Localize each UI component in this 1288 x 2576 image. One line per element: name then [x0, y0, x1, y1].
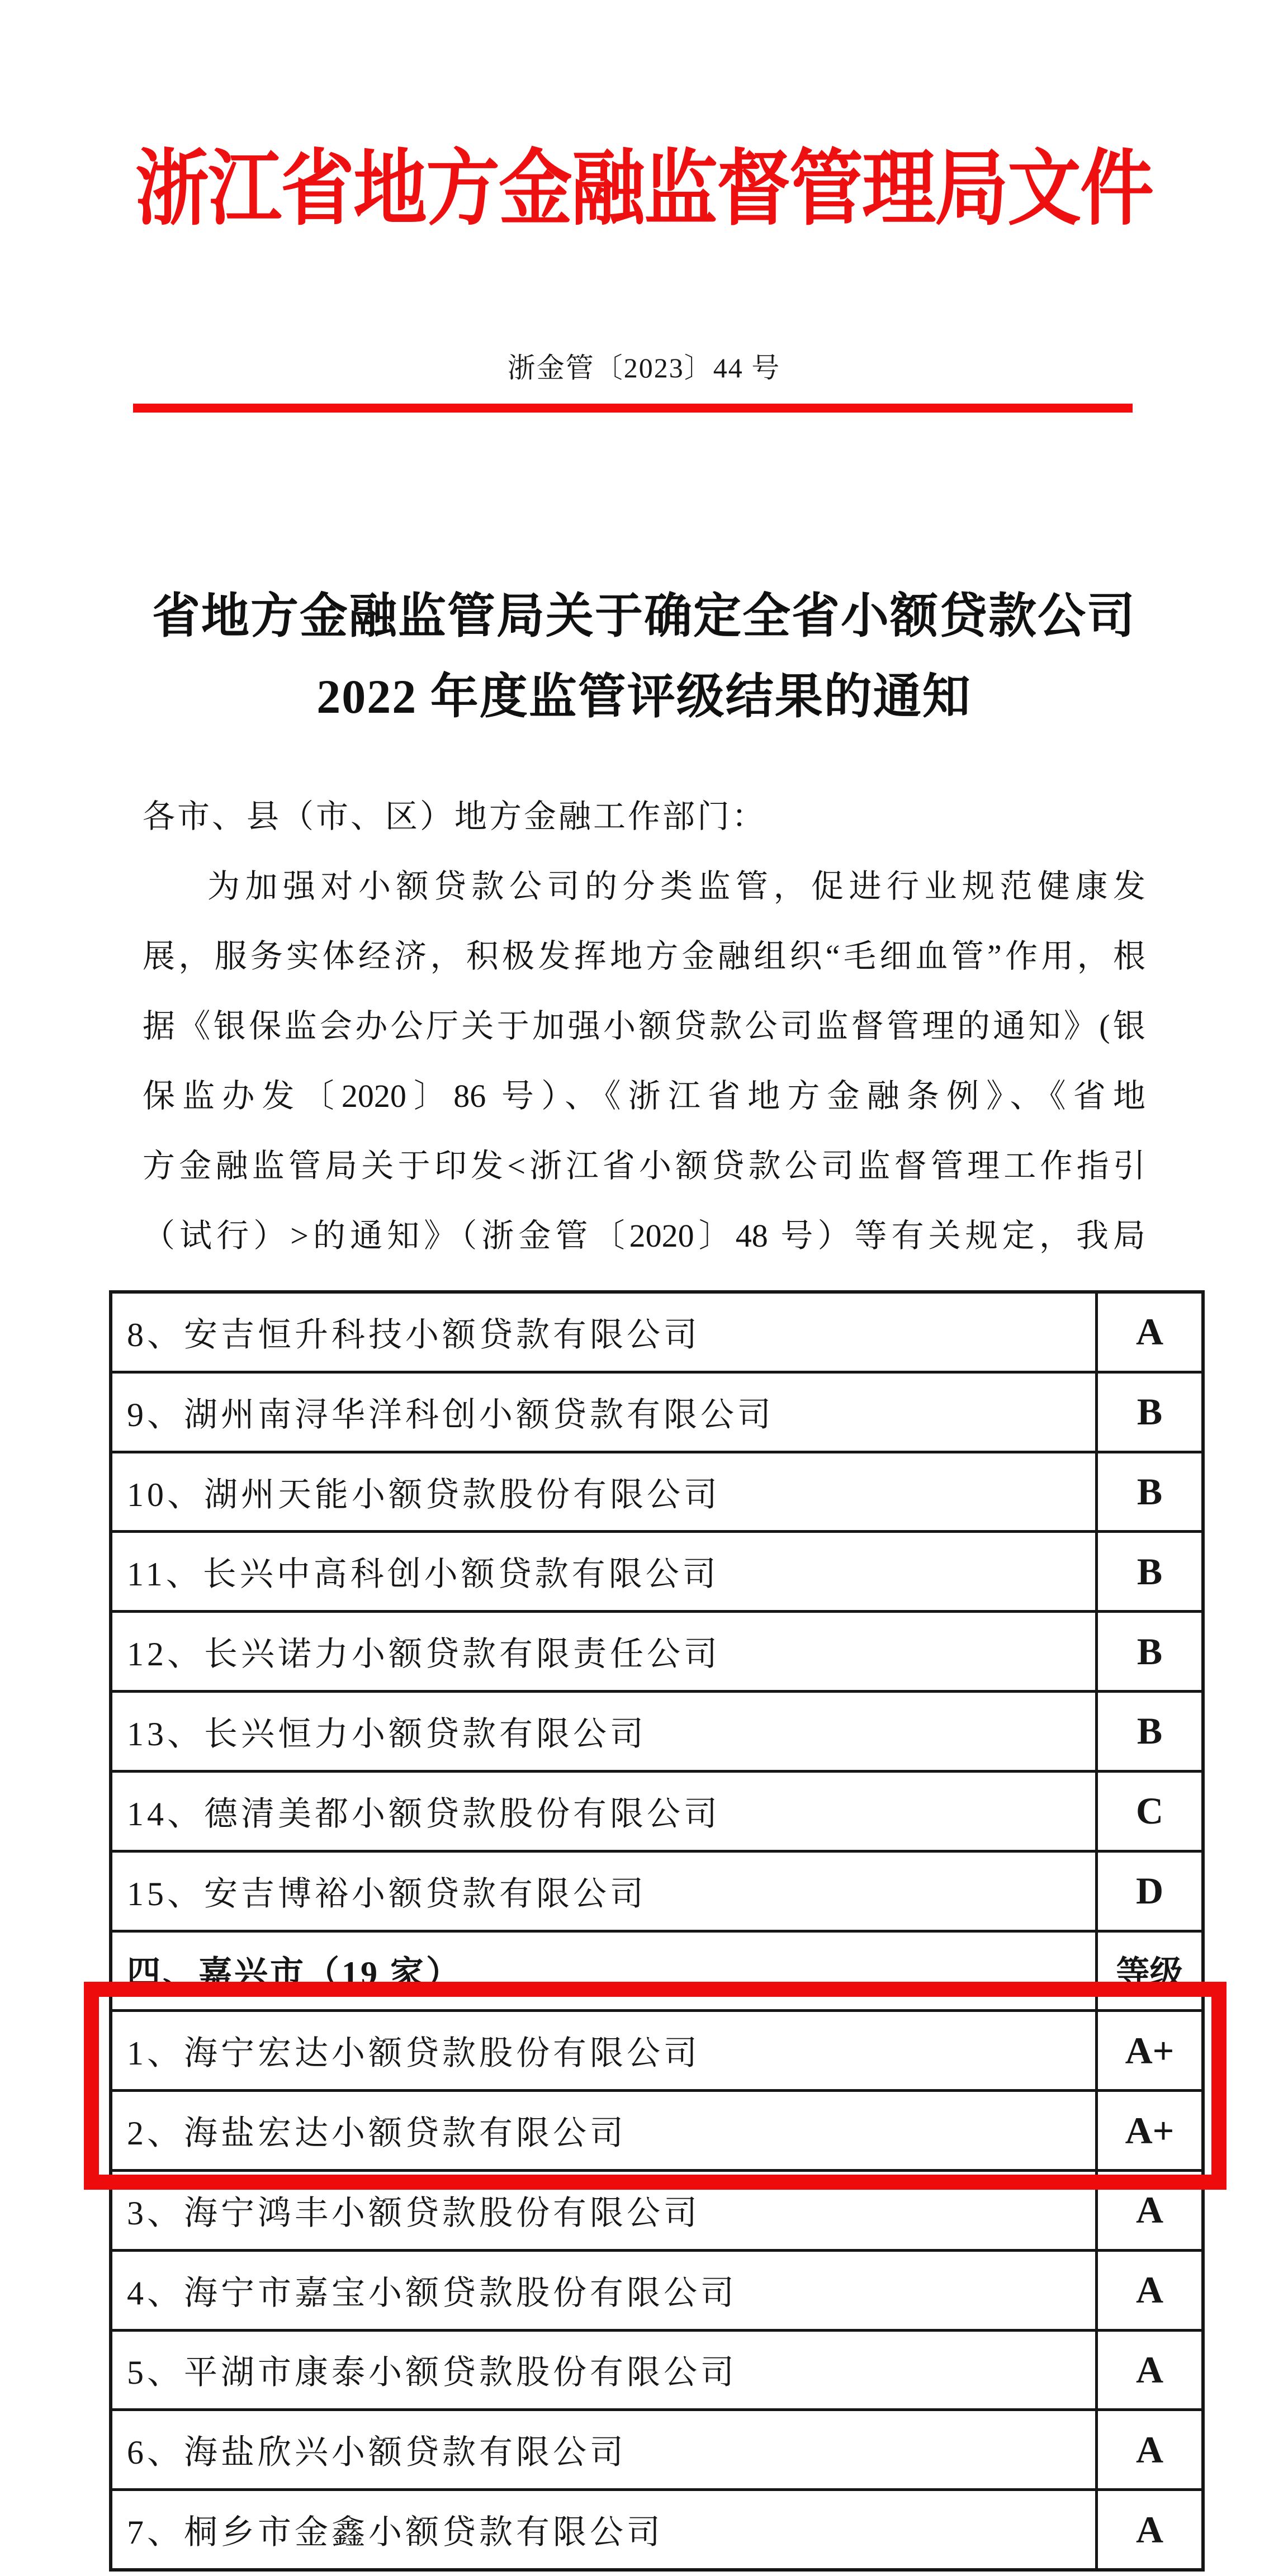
company-name-cell: 8、安吉恒升科技小额贷款有限公司 — [112, 1294, 1095, 1371]
grade-cell: A — [1095, 2332, 1201, 2409]
salutation-line: 各市、县（市、区）地方金融工作部门： — [143, 782, 1145, 851]
grade-cell: B — [1095, 1613, 1201, 1690]
company-name-cell: 1、海宁宏达小额贷款股份有限公司 — [112, 2012, 1095, 2089]
table-row: 4、海宁市嘉宝小额贷款股份有限公司 A — [112, 2252, 1201, 2332]
company-name-cell: 12、长兴诺力小额贷款有限责任公司 — [112, 1613, 1095, 1690]
company-name-cell: 6、海盐欣兴小额贷款有限公司 — [112, 2411, 1095, 2488]
table-row: 15、安吉博裕小额贷款有限公司 D — [112, 1853, 1201, 1933]
table-row: 11、长兴中高科创小额贷款有限公司 B — [112, 1533, 1201, 1613]
document-number: 浙金管〔2023〕44 号 — [0, 345, 1288, 386]
grade-cell: B — [1095, 1453, 1201, 1531]
body-line: 据《银保监会办公厅关于加强小额贷款公司监督管理的通知》(银 — [143, 991, 1145, 1061]
company-name-cell: 11、长兴中高科创小额贷款有限公司 — [112, 1533, 1095, 1610]
table-row: 9、湖州南浔华洋科创小额贷款有限公司 B — [112, 1374, 1201, 1453]
body-line: 保监办发〔2020〕86 号）、《浙江省地方金融条例》、《省地 — [143, 1061, 1145, 1131]
company-name-cell: 5、平湖市康泰小额贷款股份有限公司 — [112, 2332, 1095, 2409]
grade-cell: A — [1095, 2172, 1201, 2249]
table-row: 6、海盐欣兴小额贷款有限公司 A — [112, 2411, 1201, 2491]
grade-cell: B — [1095, 1374, 1201, 1451]
grade-cell: A+ — [1095, 2012, 1201, 2089]
company-name-cell: 9、湖州南浔华洋科创小额贷款有限公司 — [112, 1374, 1095, 1451]
rating-table: 8、安吉恒升科技小额贷款有限公司 A 9、湖州南浔华洋科创小额贷款有限公司 B … — [109, 1290, 1205, 2572]
letterhead-title: 浙江省地方金融监督管理局文件 — [0, 122, 1288, 241]
document-body: 各市、县（市、区）地方金融工作部门： 为加强对小额贷款公司的分类监管，促进行业规… — [143, 782, 1145, 1271]
table-row: 7、桐乡市金鑫小额贷款有限公司 A — [112, 2491, 1201, 2568]
company-name-cell: 4、海宁市嘉宝小额贷款股份有限公司 — [112, 2252, 1095, 2329]
document-title-line1: 省地方金融监管局关于确定全省小额贷款公司 — [0, 576, 1288, 656]
grade-cell: A — [1095, 2491, 1201, 2568]
table-row: 12、长兴诺力小额贷款有限责任公司 B — [112, 1613, 1201, 1693]
table-row-highlighted: 1、海宁宏达小额贷款股份有限公司 A+ — [112, 2012, 1201, 2092]
company-name-cell: 15、安吉博裕小额贷款有限公司 — [112, 1853, 1095, 1930]
grade-cell: B — [1095, 1693, 1201, 1770]
company-name-cell: 13、长兴恒力小额贷款有限公司 — [112, 1693, 1095, 1770]
table-row: 8、安吉恒升科技小额贷款有限公司 A — [112, 1294, 1201, 1374]
company-name-cell: 14、德清美都小额贷款股份有限公司 — [112, 1773, 1095, 1850]
company-name-cell: 7、桐乡市金鑫小额贷款有限公司 — [112, 2491, 1095, 2568]
document-page: 浙江省地方金融监督管理局文件 浙金管〔2023〕44 号 省地方金融监管局关于确… — [0, 0, 1288, 2576]
company-name-cell: 四、嘉兴市（19 家） — [112, 1933, 1095, 2010]
table-row: 3、海宁鸿丰小额贷款股份有限公司 A — [112, 2172, 1201, 2252]
grade-cell: C — [1095, 1773, 1201, 1850]
grade-cell: A — [1095, 2252, 1201, 2329]
document-title: 省地方金融监管局关于确定全省小额贷款公司 2022 年度监管评级结果的通知 — [0, 576, 1288, 737]
table-row-highlighted: 2、海盐宏达小额贷款有限公司 A+ — [112, 2092, 1201, 2172]
body-line: 为加强对小额贷款公司的分类监管，促进行业规范健康发 — [143, 851, 1145, 921]
grade-cell: B — [1095, 1533, 1201, 1610]
table-row: 四、嘉兴市（19 家） 等级 — [112, 1933, 1201, 2012]
grade-cell: D — [1095, 1853, 1201, 1930]
grade-cell: A — [1095, 1294, 1201, 1371]
table-row: 13、长兴恒力小额贷款有限公司 B — [112, 1693, 1201, 1773]
body-line: （试行）>的通知》（浙金管〔2020〕48 号）等有关规定，我局 — [143, 1201, 1145, 1271]
company-name-cell: 2、海盐宏达小额贷款有限公司 — [112, 2092, 1095, 2169]
grade-cell: A+ — [1095, 2092, 1201, 2169]
table-row: 14、德清美都小额贷款股份有限公司 C — [112, 1773, 1201, 1853]
letterhead-divider-rule — [133, 404, 1133, 413]
table-row: 5、平湖市康泰小额贷款股份有限公司 A — [112, 2332, 1201, 2412]
grade-cell: A — [1095, 2411, 1201, 2488]
company-name-cell: 3、海宁鸿丰小额贷款股份有限公司 — [112, 2172, 1095, 2249]
body-line: 展，服务实体经济，积极发挥地方金融组织“毛细血管”作用，根 — [143, 921, 1145, 991]
body-line: 方金融监管局关于印发<浙江省小额贷款公司监督管理工作指引 — [143, 1131, 1145, 1201]
company-name-cell: 10、湖州天能小额贷款股份有限公司 — [112, 1453, 1095, 1531]
table-row: 10、湖州天能小额贷款股份有限公司 B — [112, 1453, 1201, 1533]
grade-cell: 等级 — [1095, 1933, 1201, 2010]
document-title-line2: 2022 年度监管评级结果的通知 — [0, 656, 1288, 737]
